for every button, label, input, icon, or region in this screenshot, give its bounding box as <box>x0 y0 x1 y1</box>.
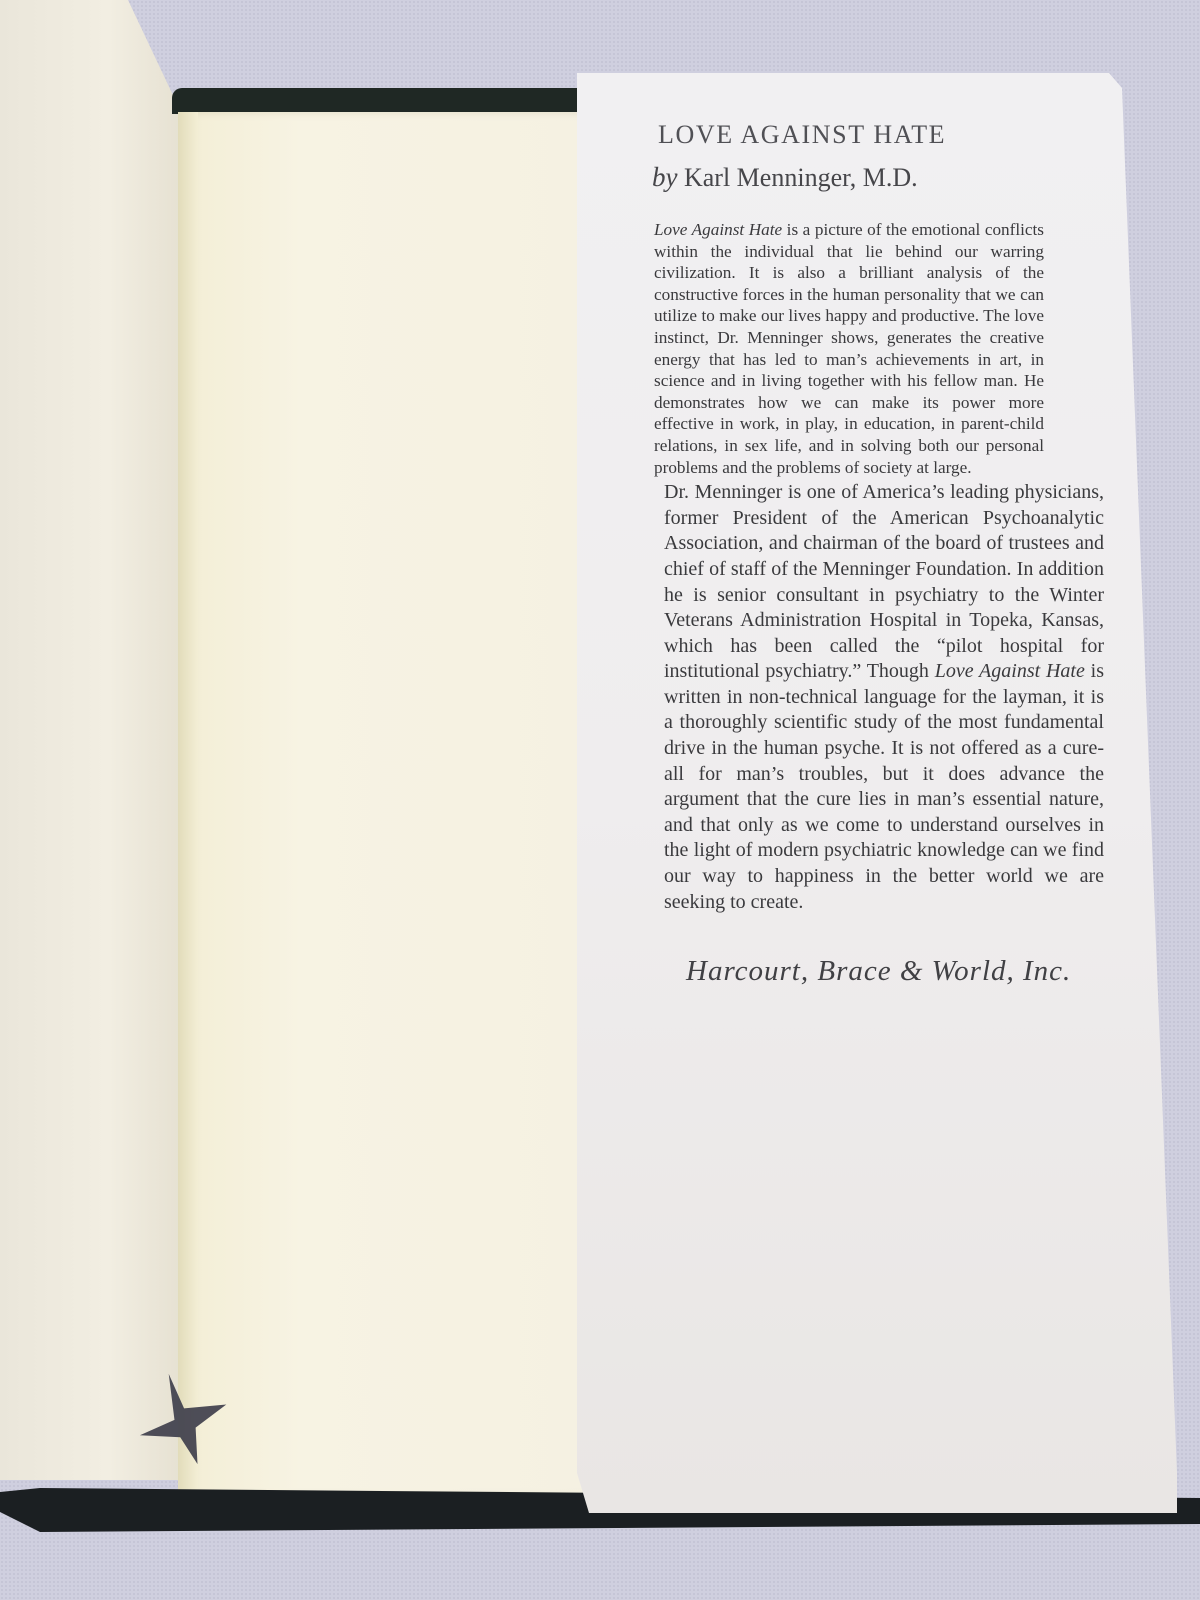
front-endpaper <box>178 112 588 1497</box>
facing-page <box>0 0 180 1480</box>
description-paragraph-1: Love Against Hate is a picture of the em… <box>654 219 1044 478</box>
cover-board-top-edge <box>172 88 582 114</box>
flap-text: LOVE AGAINST HATE by Karl Menninger, M.D… <box>640 120 1160 988</box>
byline-prefix: by <box>652 162 677 192</box>
star-stamp-icon <box>138 1370 234 1466</box>
title-reference: Love Against Hate <box>935 660 1085 682</box>
author-line: by Karl Menninger, M.D. <box>652 162 1160 193</box>
title-reference: Love Against Hate <box>654 220 782 239</box>
endpaper-hinge <box>178 112 198 1497</box>
description-paragraph-2: Dr. Menninger is one of America’s leadin… <box>664 480 1104 915</box>
book-title: LOVE AGAINST HATE <box>658 120 1160 150</box>
publisher-name: Harcourt, Brace & World, Inc. <box>686 955 1160 988</box>
author-name: Karl Menninger, M.D. <box>684 163 918 192</box>
